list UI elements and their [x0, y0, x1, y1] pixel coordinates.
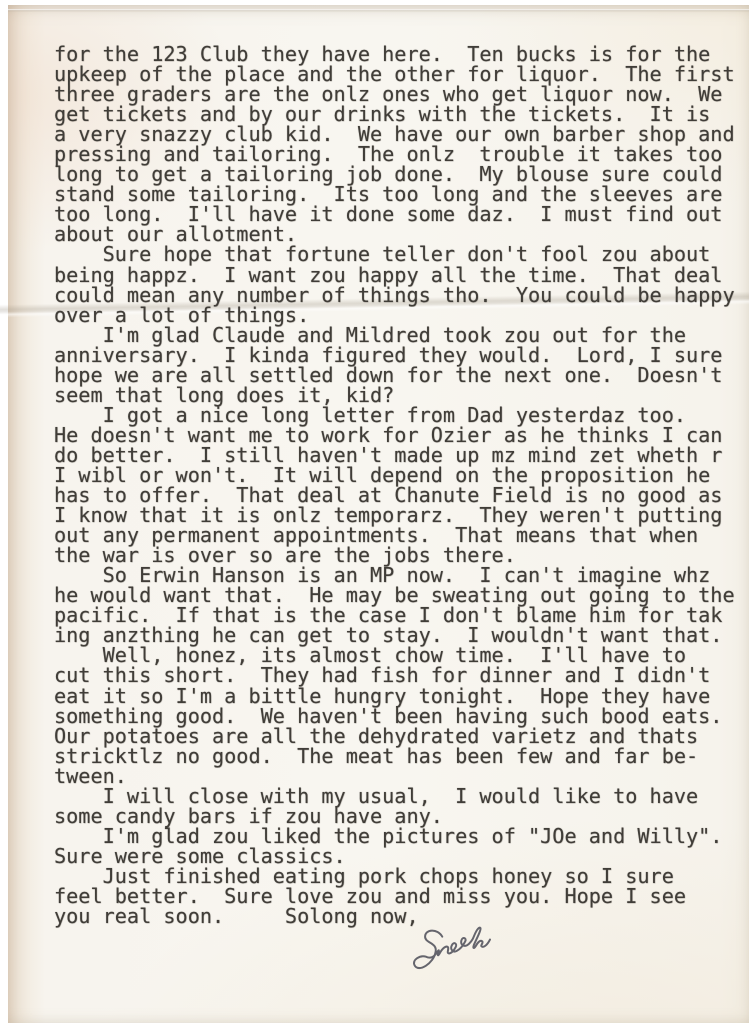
letter-page: for the 123 Club they have here. Ten buc… — [8, 5, 749, 1023]
paper-top-edge — [8, 9, 749, 12]
letter-body-text: for the 123 Club they have here. Ten buc… — [54, 44, 735, 926]
scanned-letter: for the 123 Club they have here. Ten buc… — [0, 0, 749, 1023]
signature-snook — [406, 921, 511, 981]
signature-stroke — [414, 928, 490, 968]
